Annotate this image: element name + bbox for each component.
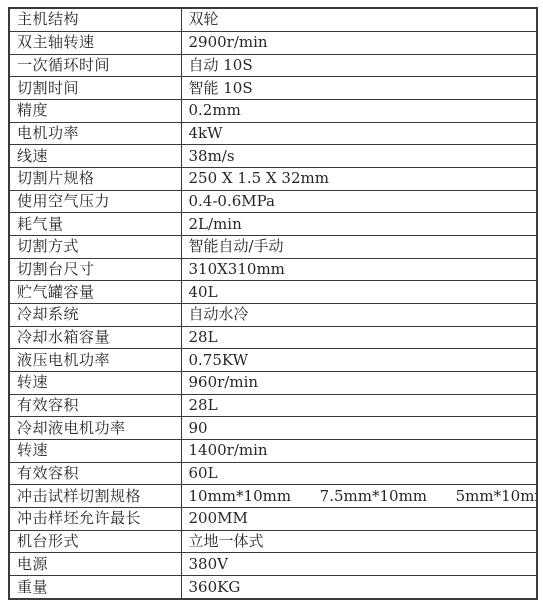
spec-value: 60L: [181, 462, 537, 485]
spec-table-body: 主机结构双轮双主轴转速2900r/min一次循环时间自动 10S切割时间智能 1…: [9, 8, 537, 599]
spec-label: 转速: [9, 439, 181, 462]
spec-value: 双轮: [181, 8, 537, 31]
table-row: 冷却系统自动水冷: [9, 303, 537, 326]
table-row: 冲击试样切割规格10mm*10mm 7.5mm*10mm 5mm*10mm: [9, 485, 537, 508]
table-row: 冲击样坯允许最长200MM: [9, 507, 537, 530]
table-row: 切割方式智能自动/手动: [9, 235, 537, 258]
spec-value: 0.4-0.6MPa: [181, 190, 537, 213]
table-row: 机台形式立地一体式: [9, 530, 537, 553]
table-row: 线速38m/s: [9, 145, 537, 168]
spec-label: 电机功率: [9, 122, 181, 145]
spec-value: 自动 10S: [181, 54, 537, 77]
spec-label: 冲击样坯允许最长: [9, 507, 181, 530]
spec-label: 有效容积: [9, 394, 181, 417]
spec-label: 冲击试样切割规格: [9, 485, 181, 508]
spec-value: 智能自动/手动: [181, 235, 537, 258]
spec-label: 使用空气压力: [9, 190, 181, 213]
table-row: 贮气罐容量40L: [9, 281, 537, 304]
spec-label: 贮气罐容量: [9, 281, 181, 304]
table-row: 切割台尺寸310X310mm: [9, 258, 537, 281]
spec-label: 双主轴转速: [9, 31, 181, 54]
spec-label: 切割片规格: [9, 167, 181, 190]
spec-value: 10mm*10mm 7.5mm*10mm 5mm*10mm: [181, 485, 537, 508]
spec-value: 200MM: [181, 507, 537, 530]
spec-value: 0.75KW: [181, 349, 537, 372]
spec-value: 40L: [181, 281, 537, 304]
table-row: 精度0.2mm: [9, 99, 537, 122]
spec-value: 960r/min: [181, 371, 537, 394]
spec-label: 切割台尺寸: [9, 258, 181, 281]
table-row: 一次循环时间自动 10S: [9, 54, 537, 77]
table-row: 双主轴转速2900r/min: [9, 31, 537, 54]
spec-value: 1400r/min: [181, 439, 537, 462]
spec-label: 冷却水箱容量: [9, 326, 181, 349]
spec-label: 耗气量: [9, 213, 181, 236]
table-row: 电机功率4kW: [9, 122, 537, 145]
spec-value: 智能 10S: [181, 77, 537, 100]
spec-value: 380V: [181, 553, 537, 576]
table-row: 转速960r/min: [9, 371, 537, 394]
spec-label: 有效容积: [9, 462, 181, 485]
spec-value: 38m/s: [181, 145, 537, 168]
spec-label: 转速: [9, 371, 181, 394]
table-row: 主机结构双轮: [9, 8, 537, 31]
table-row: 电源380V: [9, 553, 537, 576]
spec-value: 28L: [181, 326, 537, 349]
spec-value: 立地一体式: [181, 530, 537, 553]
spec-label: 一次循环时间: [9, 54, 181, 77]
spec-label: 线速: [9, 145, 181, 168]
table-row: 耗气量2L/min: [9, 213, 537, 236]
spec-label: 液压电机功率: [9, 349, 181, 372]
spec-label: 机台形式: [9, 530, 181, 553]
spec-value: 0.2mm: [181, 99, 537, 122]
spec-value: 4kW: [181, 122, 537, 145]
table-row: 切割片规格250 X 1.5 X 32mm: [9, 167, 537, 190]
spec-label: 冷却系统: [9, 303, 181, 326]
spec-value: 2900r/min: [181, 31, 537, 54]
table-row: 冷却液电机功率90: [9, 417, 537, 440]
spec-label: 重量: [9, 576, 181, 600]
table-row: 切割时间智能 10S: [9, 77, 537, 100]
spec-value: 310X310mm: [181, 258, 537, 281]
table-row: 冷却水箱容量28L: [9, 326, 537, 349]
spec-label: 切割方式: [9, 235, 181, 258]
machine-spec-table: 主机结构双轮双主轴转速2900r/min一次循环时间自动 10S切割时间智能 1…: [8, 7, 538, 600]
spec-label: 精度: [9, 99, 181, 122]
spec-label: 电源: [9, 553, 181, 576]
spec-value: 28L: [181, 394, 537, 417]
spec-value: 自动水冷: [181, 303, 537, 326]
table-row: 转速1400r/min: [9, 439, 537, 462]
spec-label: 切割时间: [9, 77, 181, 100]
spec-value: 250 X 1.5 X 32mm: [181, 167, 537, 190]
spec-value: 2L/min: [181, 213, 537, 236]
spec-label: 主机结构: [9, 8, 181, 31]
spec-label: 冷却液电机功率: [9, 417, 181, 440]
table-row: 有效容积60L: [9, 462, 537, 485]
table-row: 使用空气压力0.4-0.6MPa: [9, 190, 537, 213]
spec-value: 90: [181, 417, 537, 440]
table-row: 重量360KG: [9, 576, 537, 600]
table-row: 液压电机功率0.75KW: [9, 349, 537, 372]
spec-value: 360KG: [181, 576, 537, 600]
table-row: 有效容积28L: [9, 394, 537, 417]
